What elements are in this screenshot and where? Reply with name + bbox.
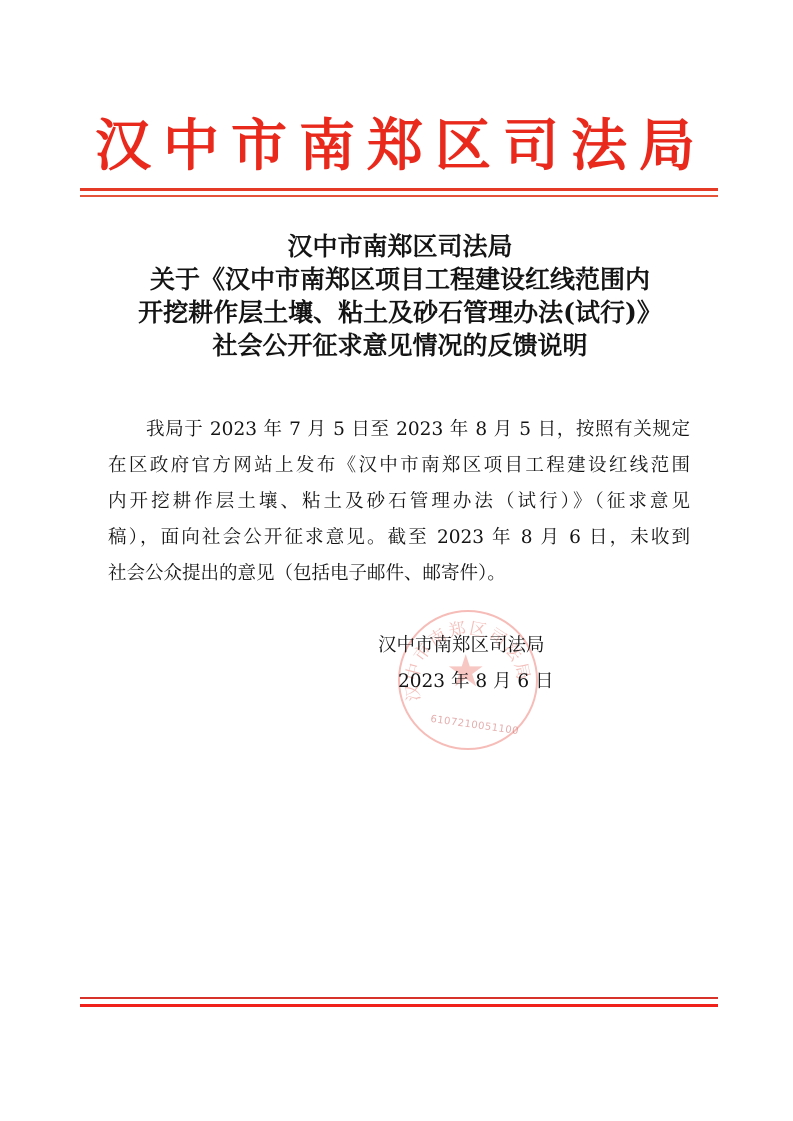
masthead-char: 局: [639, 113, 695, 179]
body-line: 我局于 2023 年 7 月 5 日至 2023 年 8 月 5 日，按照有关规…: [108, 412, 690, 448]
masthead-char: 南: [299, 113, 355, 179]
body-paragraph: 我局于 2023 年 7 月 5 日至 2023 年 8 月 5 日，按照有关规…: [108, 412, 690, 592]
masthead-char: 中: [163, 113, 219, 179]
masthead-char: 法: [571, 113, 627, 179]
body-line: 在区政府官方网站上发布《汉中市南郑区项目工程建设红线范围: [108, 448, 690, 484]
title-line: 开挖耕作层土壤、粘土及砂石管理办法(试行)》: [80, 296, 720, 329]
body-line: 稿），面向社会公开征求意见。截至 2023 年 8 月 6 日，未收到: [108, 520, 690, 556]
document-title: 汉中市南郑区司法局 关于《汉中市南郑区项目工程建设红线范围内 开挖耕作层土壤、粘…: [80, 230, 720, 362]
body-line: 社会公众提出的意见（包括电子邮件、邮寄件）。: [108, 556, 690, 592]
masthead-rule-thin: [80, 195, 718, 197]
signature-date: 2023 年 8 月 6 日: [378, 664, 578, 700]
signature-organization: 汉中市南郑区司法局: [378, 628, 578, 664]
title-line: 关于《汉中市南郑区项目工程建设红线范围内: [80, 263, 720, 296]
masthead-char: 市: [231, 113, 287, 179]
signature-block: 汉中市南郑区司法局 2023 年 8 月 6 日: [378, 628, 578, 700]
masthead-title: 汉 中 市 南 郑 区 司 法 局: [95, 113, 695, 179]
masthead-rule-thick: [80, 188, 718, 191]
masthead-char: 区: [435, 113, 491, 179]
title-line: 社会公开征求意见情况的反馈说明: [80, 329, 720, 362]
footer-rule-thin: [80, 997, 718, 999]
title-line: 汉中市南郑区司法局: [80, 230, 720, 263]
masthead-char: 郑: [367, 113, 423, 179]
masthead-char: 司: [503, 113, 559, 179]
footer-rule-thick: [80, 1004, 718, 1007]
masthead-char: 汉: [95, 113, 151, 179]
body-line: 内开挖耕作层土壤、粘土及砂石管理办法（试行）》（征求意见: [108, 484, 690, 520]
